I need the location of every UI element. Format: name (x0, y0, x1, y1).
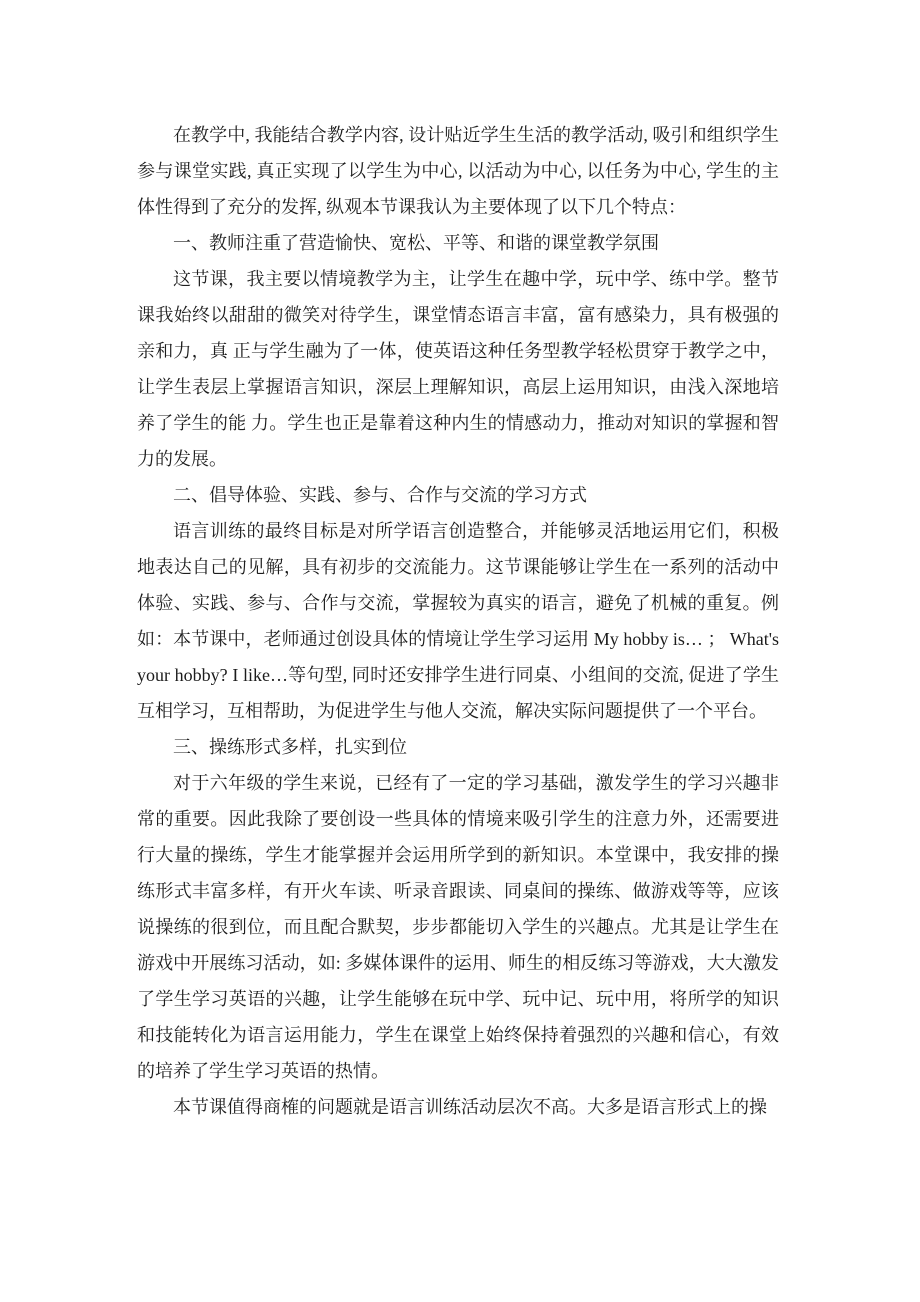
section-2-heading: 二、倡导体验、实践、参与、合作与交流的学习方式 (137, 477, 779, 513)
section-1-body: 这节课，我主要以情境教学为主，让学生在趣中学，玩中学、练中学。整节课我始终以甜甜… (137, 261, 779, 477)
intro-paragraph: 在教学中, 我能结合教学内容, 设计贴近学生生活的教学活动, 吸引和组织学生参与… (137, 117, 779, 225)
closing-paragraph: 本节课值得商榷的问题就是语言训练活动层次不高。大多是语言形式上的操 (137, 1089, 779, 1125)
section-3-body: 对于六年级的学生来说，已经有了一定的学习基础，激发学生的学习兴趣非常的重要。因此… (137, 765, 779, 1089)
section-2-body: 语言训练的最终目标是对所学语言创造整合，并能够灵活地运用它们，积极地表达自己的见… (137, 513, 779, 729)
document-content: 在教学中, 我能结合教学内容, 设计贴近学生生活的教学活动, 吸引和组织学生参与… (137, 117, 779, 1125)
document-page: 在教学中, 我能结合教学内容, 设计贴近学生生活的教学活动, 吸引和组织学生参与… (0, 0, 920, 1302)
section-3-heading: 三、操练形式多样，扎实到位 (137, 729, 779, 765)
section-1-heading: 一、教师注重了营造愉快、宽松、平等、和谐的课堂教学氛围 (137, 225, 779, 261)
